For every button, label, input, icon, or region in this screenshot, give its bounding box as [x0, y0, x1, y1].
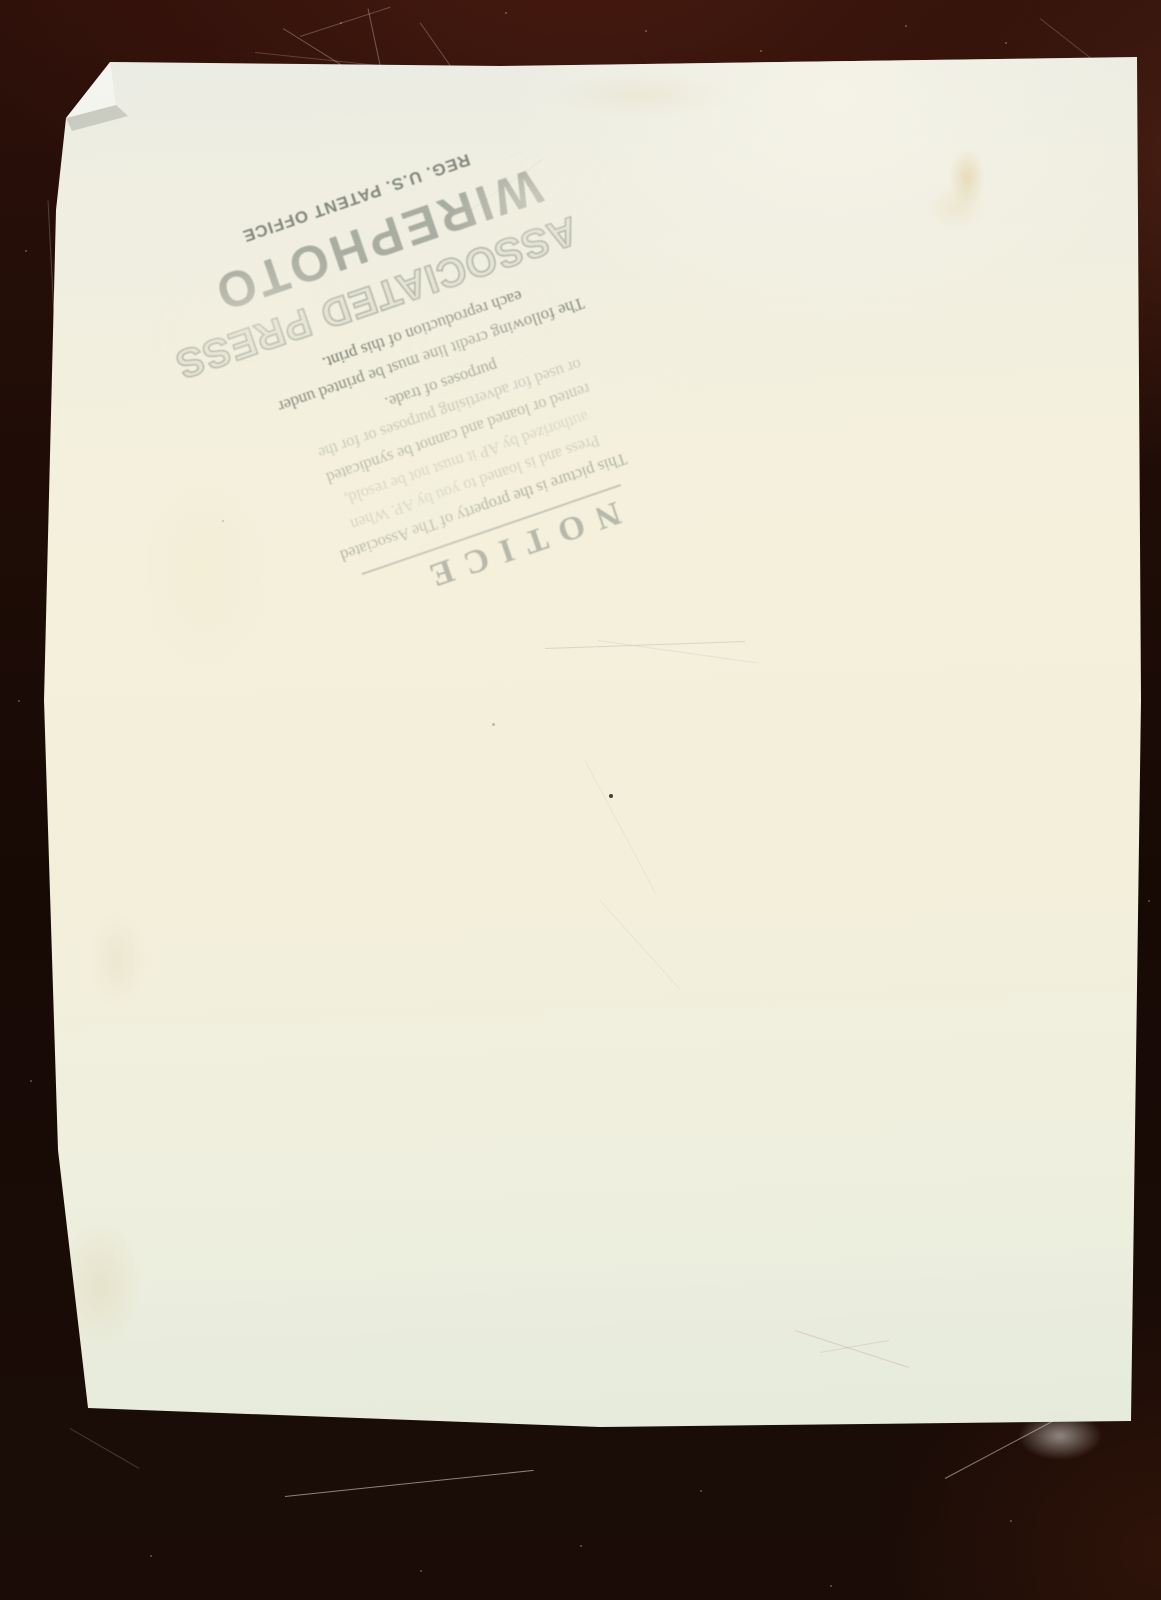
dust-speck: [645, 30, 647, 32]
dust-speck: [1005, 42, 1007, 44]
dust-speck: [340, 22, 342, 24]
background-scratch: [300, 7, 391, 37]
dust-speck: [420, 1570, 422, 1572]
dust-speck: [505, 12, 507, 14]
dust-speck: [25, 250, 27, 252]
scanned-photo-back: NOTICE This picture is the property of T…: [0, 0, 1161, 1600]
paper-scratch: [545, 641, 745, 649]
paper-scratch: [600, 900, 681, 990]
paper-speck: [609, 794, 613, 798]
dust-speck: [1010, 1520, 1012, 1522]
dust-speck: [580, 1545, 582, 1547]
dust-speck: [150, 1555, 152, 1557]
background-scratch: [285, 1470, 534, 1497]
dust-speck: [700, 1490, 702, 1492]
background-scratch: [70, 1428, 140, 1469]
background-scratch: [48, 200, 55, 310]
dust-speck: [830, 1585, 832, 1587]
photo-paper: NOTICE This picture is the property of T…: [0, 0, 1161, 1600]
dust-speck: [905, 25, 907, 27]
ap-wirephoto-stamp: NOTICE This picture is the property of T…: [128, 80, 741, 651]
paper-speck: [492, 723, 495, 726]
paper-scratch: [585, 760, 656, 893]
dust-speck: [30, 1080, 32, 1082]
dust-speck: [1148, 900, 1150, 902]
paper-scratch: [795, 1330, 909, 1368]
dust-speck: [18, 700, 20, 702]
smudge-mark: [1018, 1412, 1102, 1460]
dust-speck: [760, 50, 762, 52]
